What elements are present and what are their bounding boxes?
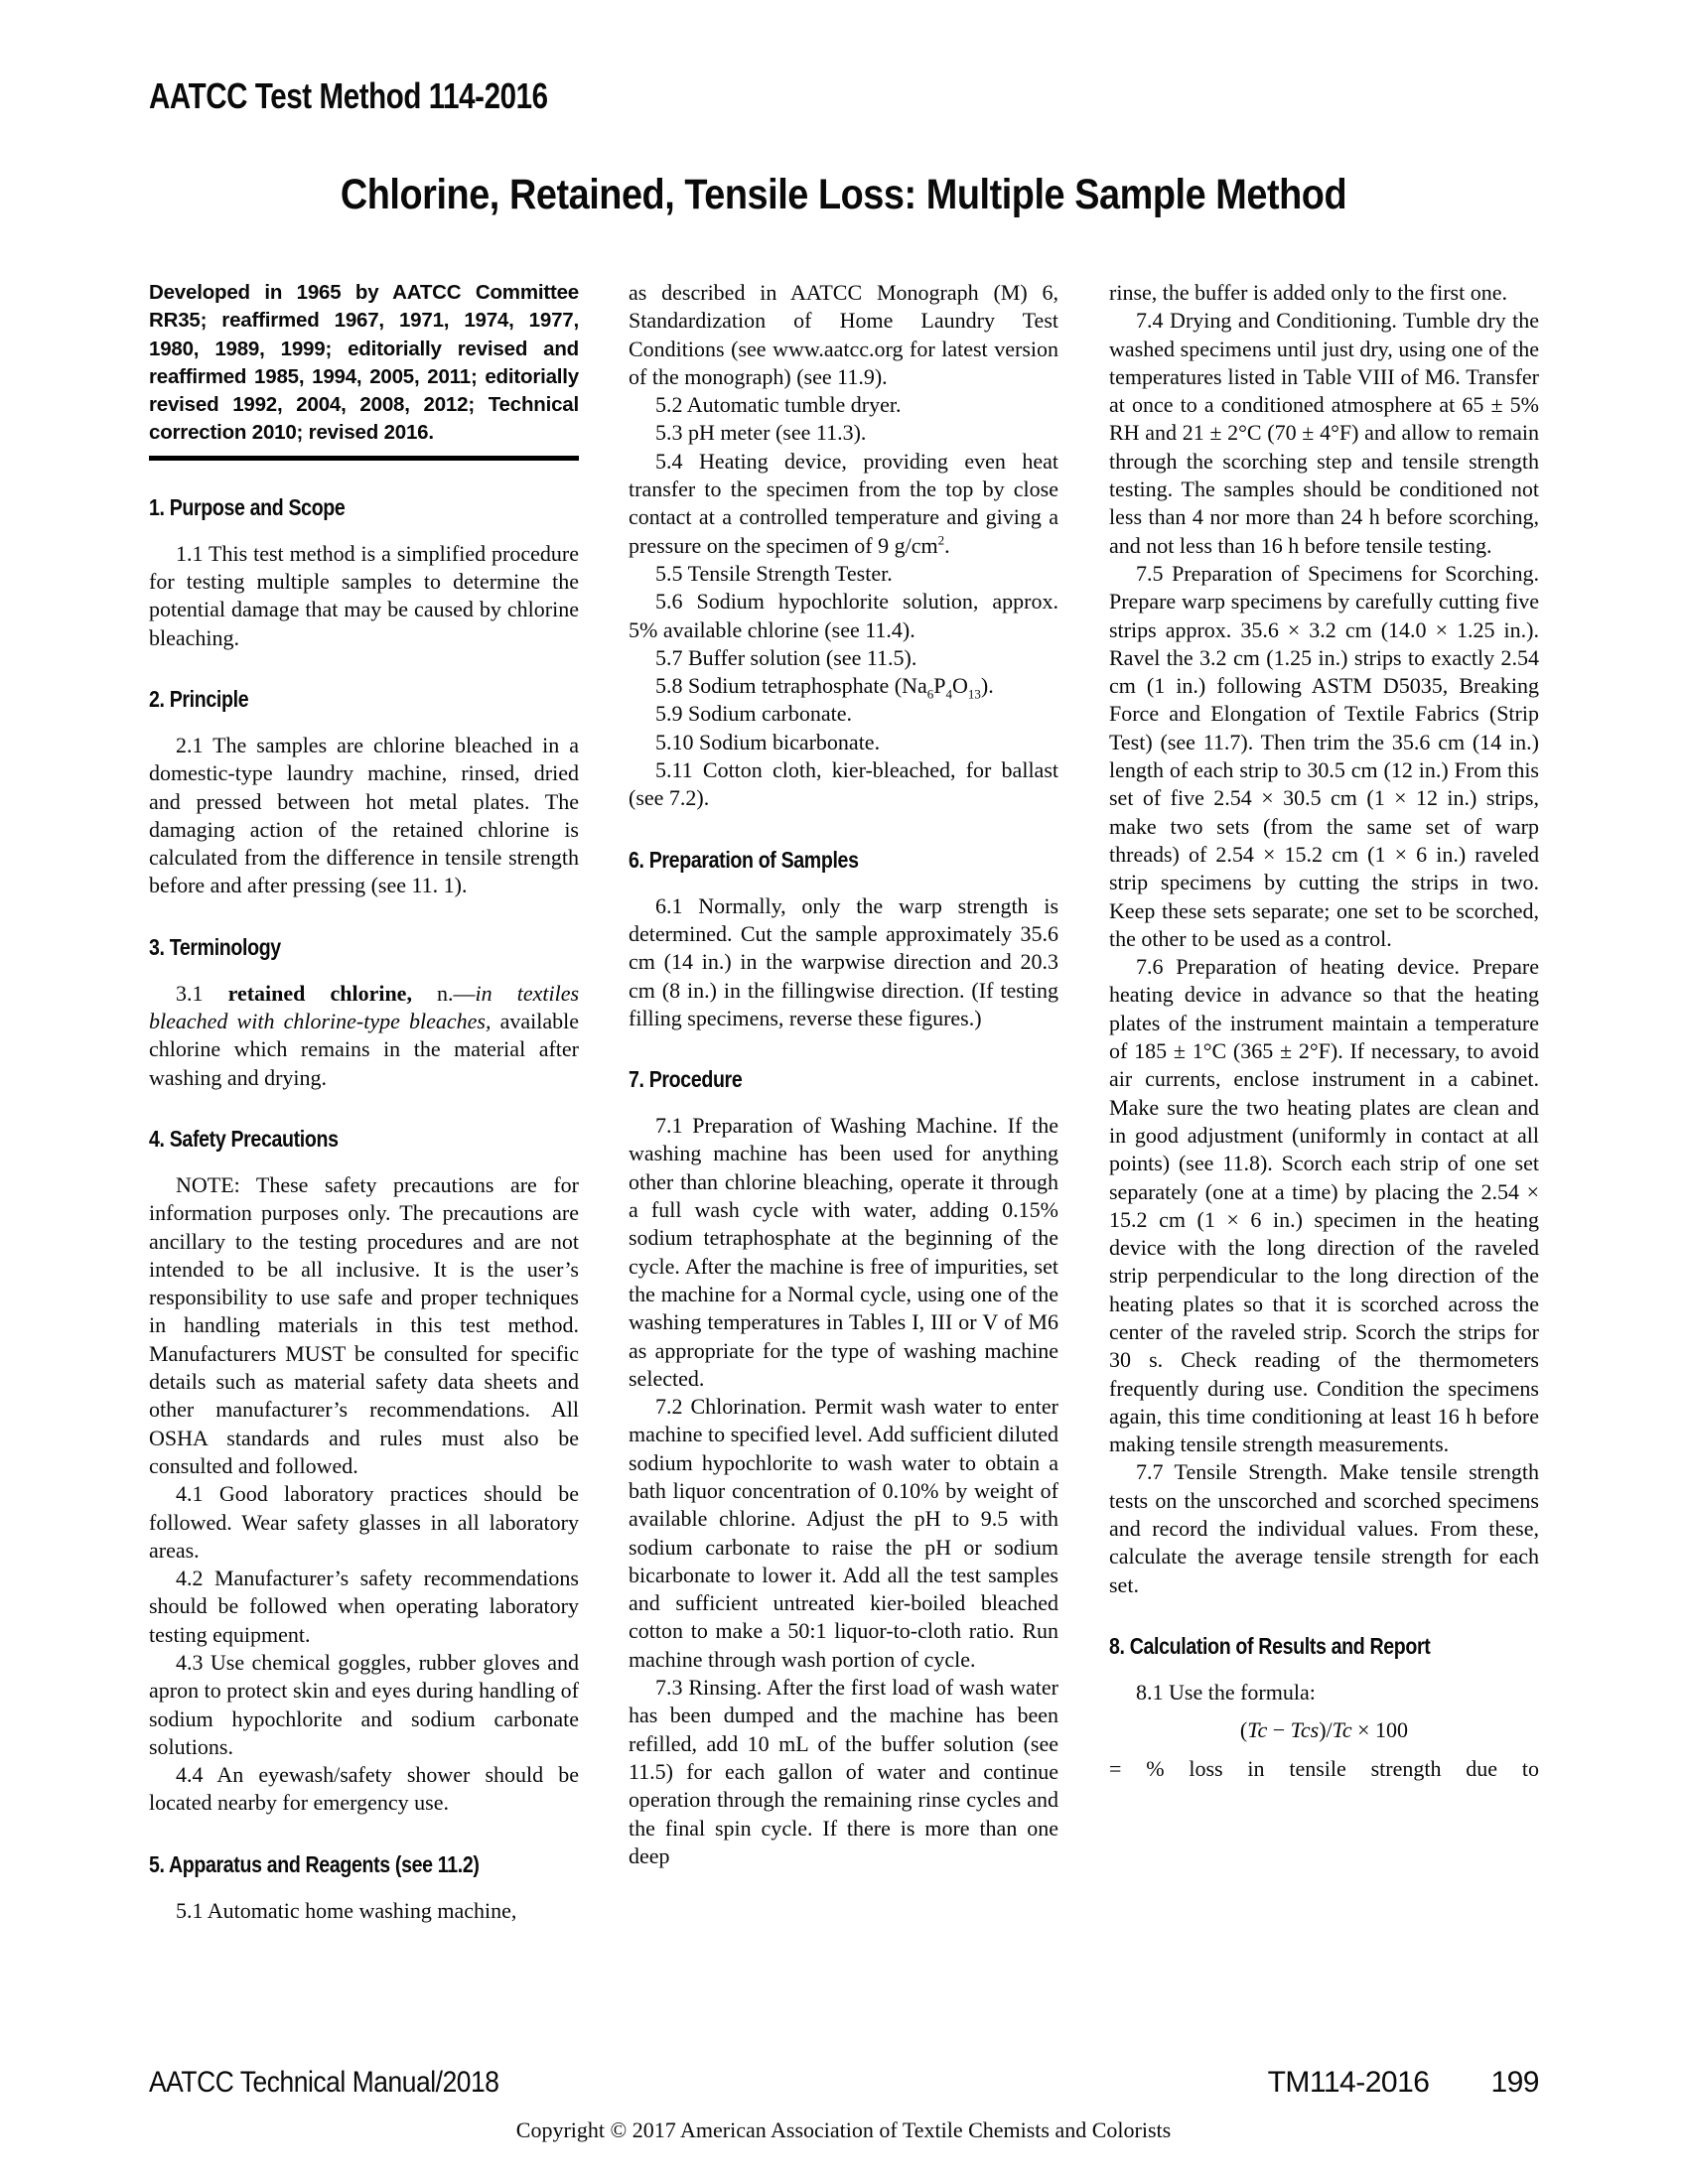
paragraph-5-11: 5.11 Cotton cloth, kier-bleached, for ba… [629, 756, 1058, 813]
section-heading-1: 1. Purpose and Scope [149, 494, 514, 520]
text-column-right: rinse, the buffer is added only to the f… [1109, 279, 1539, 1783]
text-column-middle: as described in AATCC Monograph (M) 6, S… [629, 279, 1058, 1870]
paragraph-2-1: 2.1 The samples are chlorine bleached in… [149, 732, 579, 900]
footer-tm-code: TM114-2016 [1268, 2066, 1430, 2099]
footer-page-number: 199 [1490, 2066, 1539, 2099]
paragraph-5-5: 5.5 Tensile Strength Tester. [629, 560, 1058, 588]
paragraph-4-note: NOTE: These safety precautions are for i… [149, 1171, 579, 1480]
section-heading-7: 7. Procedure [629, 1066, 994, 1092]
paragraph-7-2: 7.2 Chlorination. Permit wash water to e… [629, 1393, 1058, 1674]
paragraph-5-1: 5.1 Automatic home washing machine, [149, 1897, 579, 1925]
copyright-line: Copyright © 2017 American Association of… [0, 2117, 1687, 2143]
footer-right: TM114-2016199 [1109, 2066, 1539, 2100]
footer-manual-label: AATCC Technical Manual/2018 [149, 2066, 499, 2100]
paragraph-5-10: 5.10 Sodium bicarbonate. [629, 729, 1058, 756]
section-heading-8: 8. Calculation of Results and Report [1109, 1633, 1475, 1659]
text-column-left: Developed in 1965 by AATCC Committee RR3… [149, 279, 579, 1925]
paragraph-4-2: 4.2 Manufacturer’s safety recommendation… [149, 1565, 579, 1649]
section-heading-6: 6. Preparation of Samples [629, 847, 994, 873]
formula-result-line: = % loss in tensile strength due to [1109, 1755, 1539, 1783]
paragraph-4-4: 4.4 An eyewash/safety shower should be l… [149, 1761, 579, 1818]
paragraph-5-8: 5.8 Sodium tetraphosphate (Na6P4O13). [629, 672, 1058, 700]
document-page: AATCC Test Method 114-2016 Chlorine, Ret… [0, 0, 1687, 2184]
paragraph-8-1: 8.1 Use the formula: [1109, 1679, 1539, 1706]
section-heading-3: 3. Terminology [149, 934, 514, 960]
paragraph-3-1: 3.1 retained chlorine, n.—in textiles bl… [149, 980, 579, 1092]
paragraph-5-3: 5.3 pH meter (see 11.3). [629, 419, 1058, 447]
revision-history: Developed in 1965 by AATCC Committee RR3… [149, 279, 579, 448]
paragraph-7-3-cont: rinse, the buffer is added only to the f… [1109, 279, 1539, 307]
formula: (Tc − Tcs)/Tc × 100 [1109, 1716, 1539, 1744]
page-title: Chlorine, Retained, Tensile Loss: Multip… [101, 171, 1586, 219]
paragraph-7-5: 7.5 Preparation of Specimens for Scorchi… [1109, 560, 1539, 953]
paragraph-1-1: 1.1 This test method is a simplified pro… [149, 540, 579, 652]
paragraph-5-6: 5.6 Sodium hypochlorite solution, approx… [629, 588, 1058, 644]
paragraph-5-2: 5.2 Automatic tumble dryer. [629, 391, 1058, 419]
paragraph-5-7: 5.7 Buffer solution (see 11.5). [629, 644, 1058, 672]
paragraph-4-1: 4.1 Good laboratory practices should be … [149, 1480, 579, 1565]
paragraph-7-4: 7.4 Drying and Conditioning. Tumble dry … [1109, 307, 1539, 560]
paragraph-6-1: 6.1 Normally, only the warp strength is … [629, 892, 1058, 1032]
paragraph-5-1-cont: as described in AATCC Monograph (M) 6, S… [629, 279, 1058, 391]
section-divider [149, 456, 579, 461]
method-label: AATCC Test Method 114-2016 [149, 75, 548, 117]
paragraph-5-4: 5.4 Heating device, providing even heat … [629, 448, 1058, 560]
paragraph-7-7: 7.7 Tensile Strength. Make tensile stren… [1109, 1458, 1539, 1598]
paragraph-7-1: 7.1 Preparation of Washing Machine. If t… [629, 1112, 1058, 1393]
paragraph-4-3: 4.3 Use chemical goggles, rubber gloves … [149, 1649, 579, 1761]
paragraph-5-9: 5.9 Sodium carbonate. [629, 700, 1058, 728]
section-heading-5: 5. Apparatus and Reagents (see 11.2) [149, 1851, 514, 1877]
section-heading-2: 2. Principle [149, 686, 514, 712]
paragraph-7-3: 7.3 Rinsing. After the first load of was… [629, 1674, 1058, 1870]
section-heading-4: 4. Safety Precautions [149, 1126, 514, 1152]
paragraph-7-6: 7.6 Preparation of heating device. Prepa… [1109, 953, 1539, 1458]
